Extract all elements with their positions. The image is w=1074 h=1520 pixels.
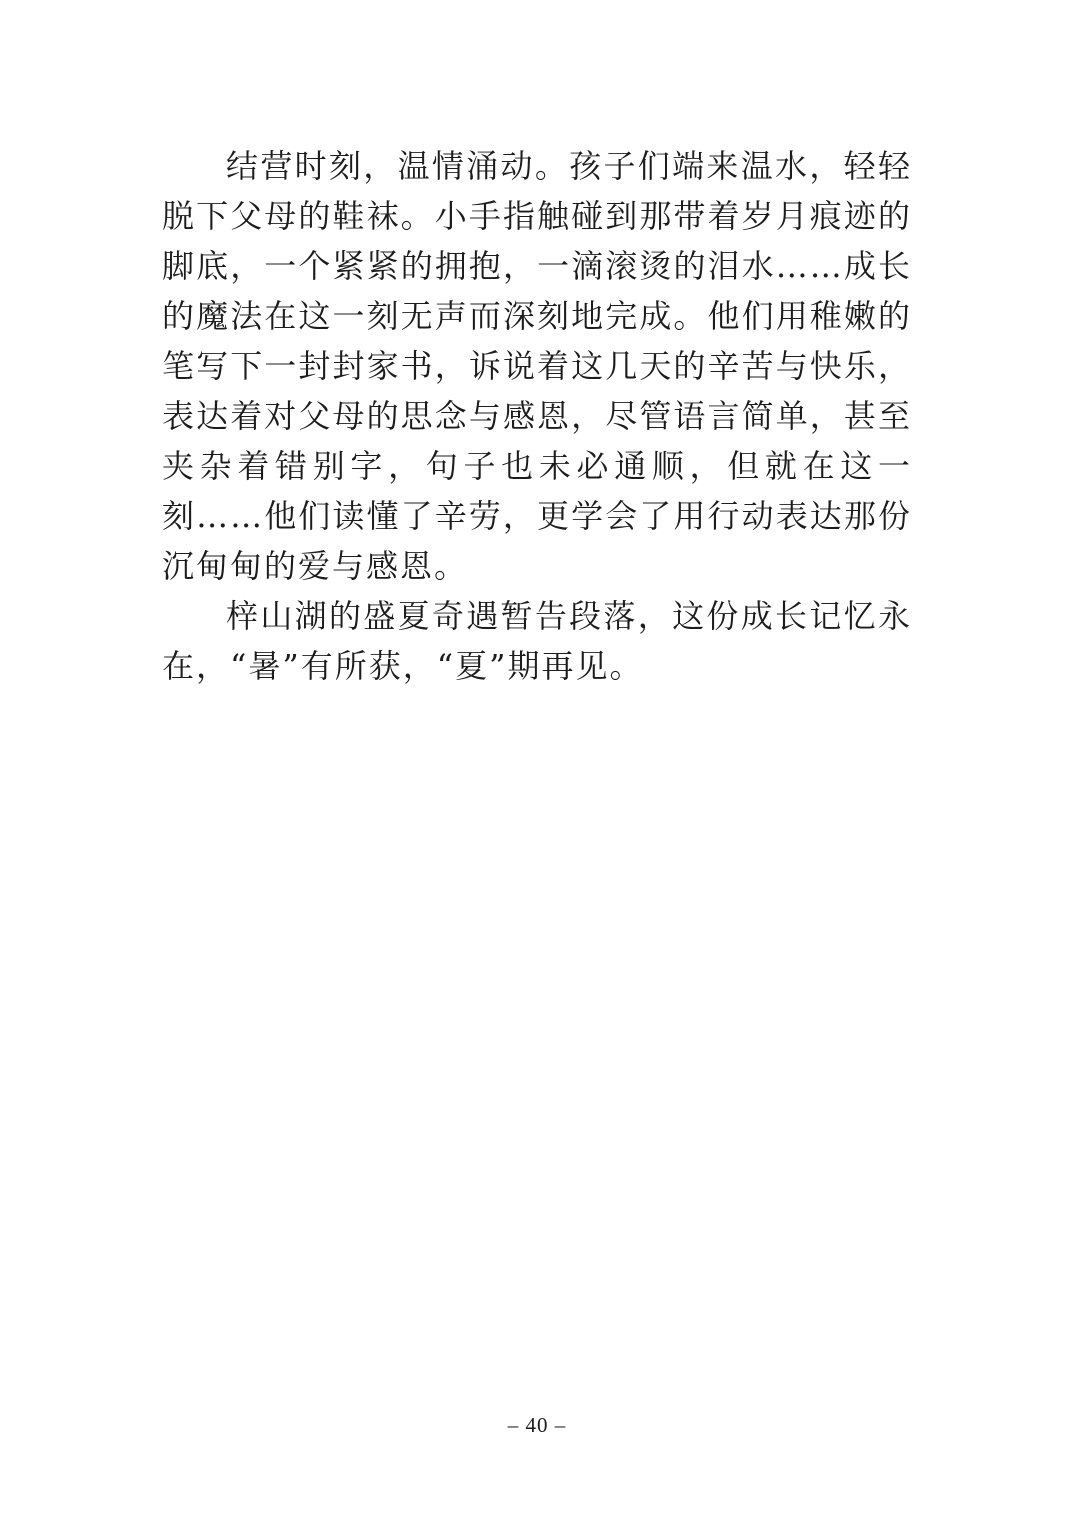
page-footer: – 40 – [0,1410,1074,1440]
paragraph-closing-ceremony: 结营时刻，温情涌动。孩子们端来温水，轻轻脱下父母的鞋袜。小手指触碰到那带着岁月痕… [162,141,912,591]
page-number: – 40 – [508,1413,567,1437]
paragraph-farewell: 梓山湖的盛夏奇遇暂告段落，这份成长记忆永在，“暑”有所获，“夏”期再见。 [162,591,912,691]
document-page: 结营时刻，温情涌动。孩子们端来温水，轻轻脱下父母的鞋袜。小手指触碰到那带着岁月痕… [0,0,1074,1520]
document-body: 结营时刻，温情涌动。孩子们端来温水，轻轻脱下父母的鞋袜。小手指触碰到那带着岁月痕… [162,141,912,691]
